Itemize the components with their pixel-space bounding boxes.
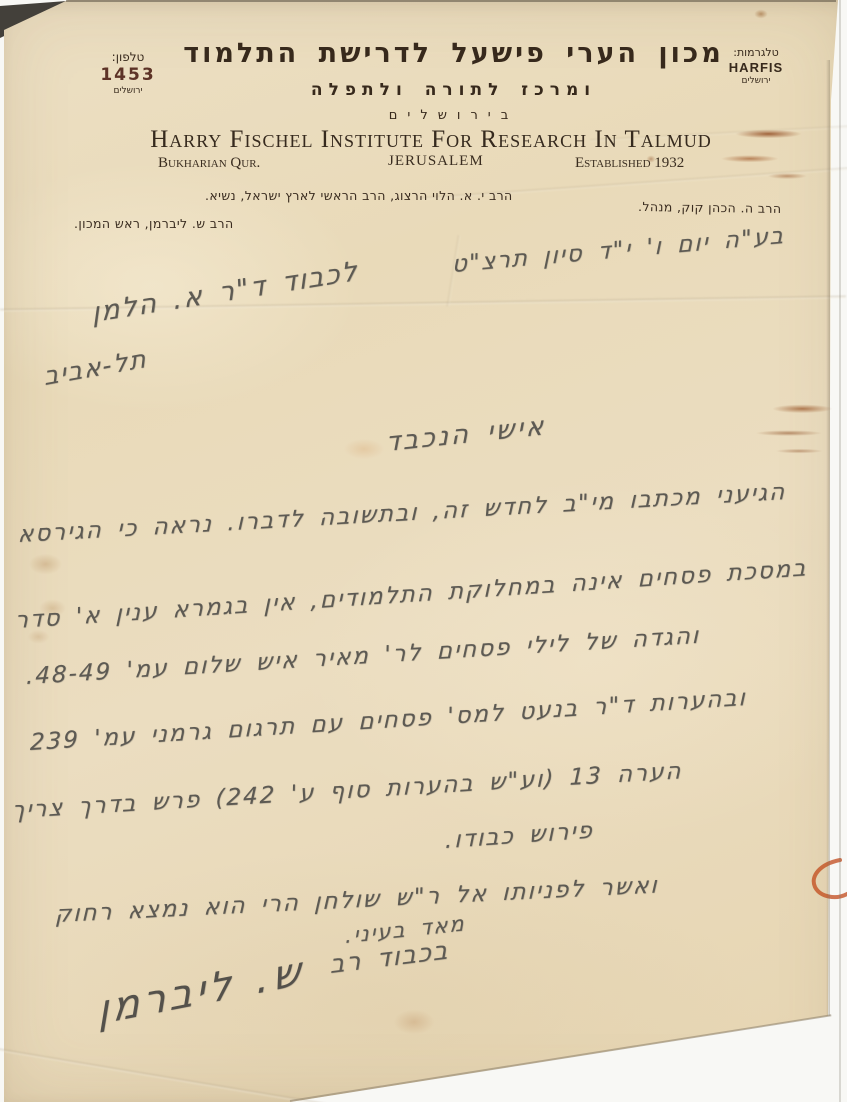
institute-subtitle-hebrew: ומרכז לתורה ולתפלה (60, 80, 847, 100)
paper-right-edge (826, 60, 830, 1016)
institute-city-hebrew: בירושלים (60, 108, 847, 123)
official-head-line: הרב ש. ליברמן, ראש המכון. (74, 216, 234, 231)
address-note: Bukharian Qur. (158, 155, 260, 172)
institute-name-hebrew: מכון הערי פישעל לדרישת התלמוד (60, 38, 847, 69)
institute-name-english: Harry Fischel Institute For Research In … (45, 126, 817, 154)
scanner-edge-line (839, 0, 841, 1102)
city-english: Jerusalem (388, 153, 484, 170)
paper-top-edge (66, 0, 836, 2)
scanned-letter-page: טלפון: 1453 ירושלים טלגרמות: HARFIS ירוש… (0, 0, 847, 1102)
official-director-line: הרב ה. הכהן קוק, מנהל. (638, 199, 782, 216)
official-president-line: הרב י. א. הלוי הרצוג, הרב הראשי לארץ ישר… (205, 188, 513, 203)
established-year: Established 1932 (575, 155, 684, 172)
